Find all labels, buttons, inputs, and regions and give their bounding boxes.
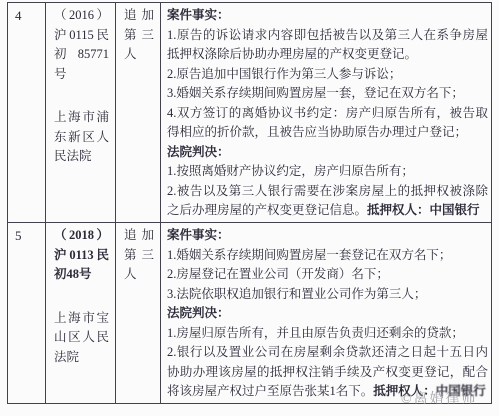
- table-row-case-4: 4 （2016）沪0115民初85771号 上海市浦东新区人民法院 追加第三人 …: [8, 3, 492, 223]
- facts-label: 案件事实：: [167, 226, 488, 246]
- judgment-item: 1.按照离婚财产协议约定，房产归原告所有；: [167, 162, 488, 182]
- fact-item: 3.法院依职权追加银行和置业公司作为第三人；: [167, 285, 488, 305]
- court-name: 上海市浦东新区人民法院: [54, 108, 109, 167]
- case-index-number: 5: [15, 228, 22, 243]
- court-name: 上海市宝山区人民法院: [54, 309, 109, 368]
- judgment-item: 2.被告以及第三人银行需要在涉案房屋上的抵押权被涤除之后办理房屋的产权变更登记信…: [167, 182, 488, 221]
- case-details-cell: 案件事实： 1.原告的诉讼请求内容即包括被告以及第三人在系争房屋抵押权涤除后协助…: [161, 3, 492, 223]
- case-table: 4 （2016）沪0115民初85771号 上海市浦东新区人民法院 追加第三人 …: [7, 2, 492, 404]
- case-index: 5: [8, 223, 46, 404]
- fact-item: 2.房屋登记在置业公司（开发商）名下；: [167, 265, 488, 285]
- judgment-item: 1.房屋归原告所有，并且由原告负责归还剩余的贷款；: [167, 324, 488, 344]
- party-role: 追加第三人: [124, 226, 154, 285]
- case-number: （2018）沪0113民初48号: [54, 226, 109, 285]
- fact-item: 1.原告的诉讼请求内容即包括被告以及第三人在系争房屋抵押权涤除后协助办理房屋的产…: [167, 26, 488, 65]
- fact-item: 2.原告追加中国银行作为第三人参与诉讼；: [167, 65, 488, 85]
- party-role: 追加第三人: [124, 6, 154, 65]
- table-row-case-5: 5 （2018）沪0113民初48号 上海市宝山区人民法院 追加第三人 案件事实…: [8, 223, 492, 404]
- judgment-label: 法院判决：: [167, 143, 488, 163]
- case-number: （2016）沪0115民初85771号: [54, 6, 109, 84]
- case-details-cell: 案件事实： 1.婚姻关系存续期间购置房屋一套登记在双方名下； 2.房屋登记在置业…: [161, 223, 492, 404]
- party-role-cell: 追加第三人: [116, 223, 161, 404]
- watermark-logo-icon: ©: [401, 392, 414, 407]
- fact-item: 4.双方签订的离婚协议书约定：房产归原告所有，被告取得相应的折价款，且被告应当协…: [167, 104, 488, 143]
- case-index-number: 4: [15, 8, 22, 23]
- fact-item: 1.婚姻关系存续期间购置房屋一套登记在双方名下；: [167, 246, 488, 266]
- facts-label: 案件事实：: [167, 6, 488, 26]
- case-index: 4: [8, 3, 46, 223]
- watermark: ©离婚律师: [401, 388, 478, 408]
- mortgagee-text: 抵押权人：中国银行: [367, 203, 480, 217]
- fact-item: 3.婚姻关系存续期间购置房屋一套，登记在双方名下；: [167, 84, 488, 104]
- judgment-label: 法院判决：: [167, 304, 488, 324]
- case-number-cell: （2016）沪0115民初85771号 上海市浦东新区人民法院: [46, 3, 116, 223]
- party-role-cell: 追加第三人: [116, 3, 161, 223]
- watermark-text: 离婚律师: [414, 392, 478, 407]
- case-number-cell: （2018）沪0113民初48号 上海市宝山区人民法院: [46, 223, 116, 404]
- document-page: 4 （2016）沪0115民初85771号 上海市浦东新区人民法院 追加第三人 …: [0, 0, 499, 416]
